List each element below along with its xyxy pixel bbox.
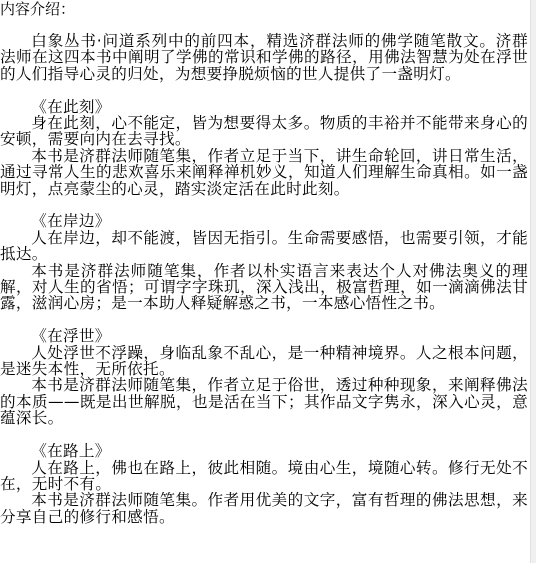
section-zai-an-bian: 《在岸边》 人在岸边，却不能渡，皆因无指引。生命需要感悟，也需要引领，才能抵达。… <box>0 213 528 311</box>
section-paragraph: 本书是济群法师随笔集，作者立足于当下，讲生命轮回，讲日常生活，通过寻常人生的悲欢… <box>0 148 528 197</box>
document-body: 白象丛书·问道系列中的前四本，精选济群法师的佛学随笔散文。济群法师在这四本书中阐… <box>0 33 528 525</box>
paragraph-gap <box>0 312 528 328</box>
section-paragraph: 人处浮世不浮躁，身临乱象不乱心，是一种精神境界。人之根本问题，是迷失本性，无所依… <box>0 345 528 378</box>
content-intro-heading: 内容介绍： <box>0 1 75 18</box>
section-paragraph: 身在此刻，心不能定，皆为想要得太多。物质的丰裕并不能带来身心的安顿，需要向内在去… <box>0 115 528 148</box>
section-paragraph: 本书是济群法师随笔集。作者用优美的文字，富有哲理的佛法思想，来分享自己的修行和感… <box>0 492 528 525</box>
document-page: 内容介绍： 白象丛书·问道系列中的前四本，精选济群法师的佛学随笔散文。济群法师在… <box>0 0 531 563</box>
section-title: 《在此刻》 <box>0 99 528 115</box>
intro-paragraph: 白象丛书·问道系列中的前四本，精选济群法师的佛学随笔散文。济群法师在这四本书中阐… <box>0 33 528 82</box>
paragraph-gap <box>0 427 528 443</box>
section-zai-fu-shi: 《在浮世》 人处浮世不浮躁，身临乱象不乱心，是一种精神境界。人之根本问题，是迷失… <box>0 328 528 426</box>
paragraph-gap <box>0 82 528 98</box>
section-paragraph: 人在路上，佛也在路上，彼此相随。境由心生，境随心转。修行无处不在，无时不有。 <box>0 460 528 493</box>
section-paragraph: 本书是济群法师随笔集，作者立足于俗世，透过种种现象，来阐释佛法的本质——既是出世… <box>0 377 528 426</box>
section-paragraph: 本书是济群法师随笔集，作者以朴实语言来表达个人对佛法奥义的理解，对人生的省悟；可… <box>0 263 528 312</box>
section-title: 《在路上》 <box>0 443 528 459</box>
section-title: 《在浮世》 <box>0 328 528 344</box>
section-zai-lu-shang: 《在路上》 人在路上，佛也在路上，彼此相随。境由心生，境随心转。修行无处不在，无… <box>0 443 528 525</box>
section-title: 《在岸边》 <box>0 213 528 229</box>
section-paragraph: 人在岸边，却不能渡，皆因无指引。生命需要感悟，也需要引领，才能抵达。 <box>0 230 528 263</box>
section-zai-ci-ke: 《在此刻》 身在此刻，心不能定，皆为想要得太多。物质的丰裕并不能带来身心的安顿，… <box>0 99 528 197</box>
right-edge-scrollbar[interactable] <box>530 0 536 563</box>
paragraph-gap <box>0 197 528 213</box>
